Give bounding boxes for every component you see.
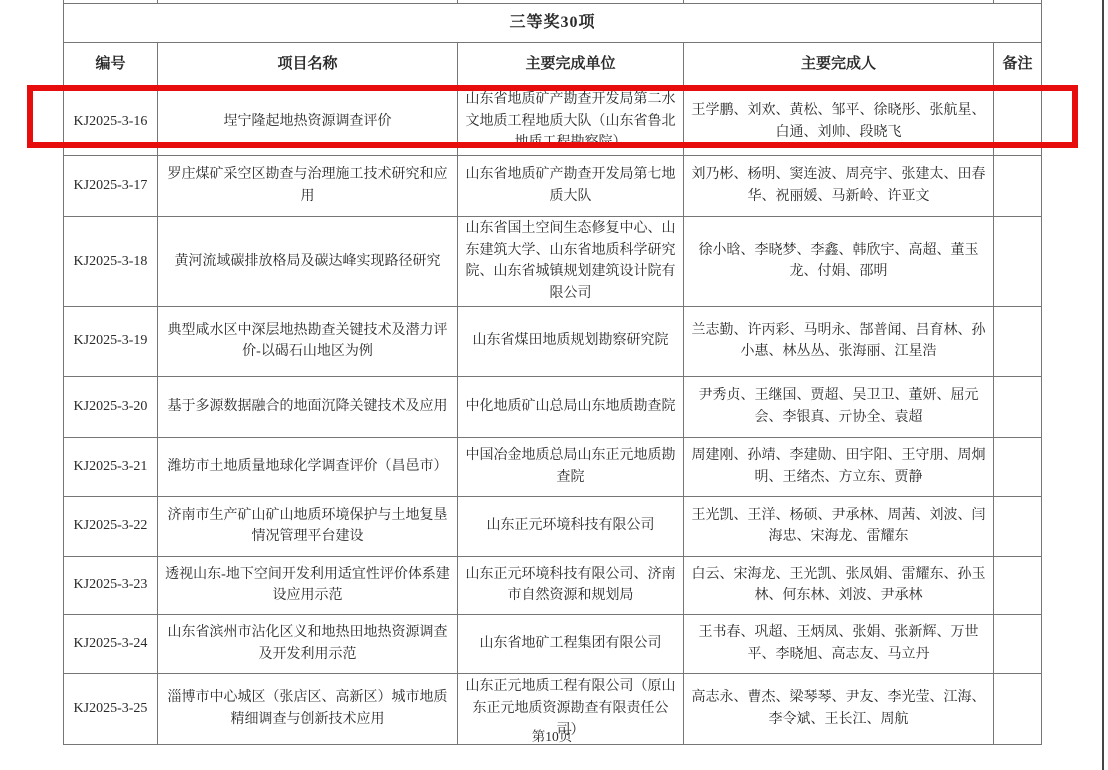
cell-main-people: 徐小晗、李晓梦、李鑫、韩欣宇、高超、董玉龙、付娟、邵明: [684, 217, 994, 307]
cell-main-people: 白云、宋海龙、王光凯、张凤娟、雷耀东、孙玉林、何东林、刘波、尹承林: [684, 556, 994, 614]
page-number: 第10页: [63, 725, 1041, 745]
table-header-row: 编号 项目名称 主要完成单位 主要完成人 备注: [64, 43, 1042, 88]
column-header-main-org: 主要完成单位: [458, 43, 684, 88]
cell-project-id: KJ2025-3-24: [64, 614, 158, 673]
section-banner-row: 三等奖30项: [64, 4, 1042, 43]
cell-main-people: 王光凯、王洋、杨硕、尹承林、周茜、刘波、闫海忠、宋海龙、雷耀东: [684, 496, 994, 556]
cell-project-id: KJ2025-3-16: [64, 88, 158, 156]
cell-note: [994, 88, 1042, 156]
table-row: KJ2025-3-22 济南市生产矿山矿山地质环境保护与土地复垦情况管理平台建设…: [64, 496, 1042, 556]
cell-project-name: 黄河流域碳排放格局及碳达峰实现路径研究: [158, 217, 458, 307]
cell-main-org: 山东省地质矿产勘查开发局第二水文地质工程地质大队（山东省鲁北地质工程勘察院）: [458, 88, 684, 156]
column-header-id: 编号: [64, 43, 158, 88]
cell-project-id: KJ2025-3-23: [64, 556, 158, 614]
cell-project-id: KJ2025-3-19: [64, 306, 158, 376]
cell-note: [994, 376, 1042, 437]
column-header-project-name: 项目名称: [158, 43, 458, 88]
cell-project-id: KJ2025-3-20: [64, 376, 158, 437]
column-header-main-people: 主要完成人: [684, 43, 994, 88]
cell-main-org: 山东省国土空间生态修复中心、山东建筑大学、山东省地质科学研究院、山东省城镇规划建…: [458, 217, 684, 307]
cell-main-people: 王书春、巩超、王炳凤、张娟、张新辉、万世平、李晓旭、高志友、马立丹: [684, 614, 994, 673]
cell-main-org: 山东正元环境科技有限公司、济南市自然资源和规划局: [458, 556, 684, 614]
cell-main-org: 山东省地矿工程集团有限公司: [458, 614, 684, 673]
table-row: KJ2025-3-21 潍坊市土地质量地球化学调查评价（昌邑市） 中国冶金地质总…: [64, 437, 1042, 496]
cell-project-id: KJ2025-3-21: [64, 437, 158, 496]
cell-main-people: 周建刚、孙靖、李建勋、田宇阳、王守朋、周炯明、王绪杰、方立东、贾静: [684, 437, 994, 496]
cell-project-id: KJ2025-3-22: [64, 496, 158, 556]
award-table-wrap: 三等奖30项 编号 项目名称 主要完成单位 主要完成人 备注 KJ2025-3-…: [63, 0, 1041, 745]
scanned-document-page: 三等奖30项 编号 项目名称 主要完成单位 主要完成人 备注 KJ2025-3-…: [0, 0, 1108, 770]
cell-note: [994, 496, 1042, 556]
cell-main-org: 中化地质矿山总局山东地质勘查院: [458, 376, 684, 437]
table-row-highlighted: KJ2025-3-16 埕宁隆起地热资源调查评价 山东省地质矿产勘查开发局第二水…: [64, 88, 1042, 156]
cell-main-org: 山东省煤田地质规划勘察研究院: [458, 306, 684, 376]
table-row: KJ2025-3-18 黄河流域碳排放格局及碳达峰实现路径研究 山东省国土空间生…: [64, 217, 1042, 307]
cell-project-name: 济南市生产矿山矿山地质环境保护与土地复垦情况管理平台建设: [158, 496, 458, 556]
cell-project-name: 埕宁隆起地热资源调查评价: [158, 88, 458, 156]
cell-main-people: 兰志勤、许丙彩、马明永、郜普闻、吕育林、孙小惠、林丛丛、张海丽、江星浩: [684, 306, 994, 376]
table-row: KJ2025-3-19 典型咸水区中深层地热勘查关键技术及潜力评价-以碣石山地区…: [64, 306, 1042, 376]
cell-project-id: KJ2025-3-18: [64, 217, 158, 307]
award-table: 三等奖30项 编号 项目名称 主要完成单位 主要完成人 备注 KJ2025-3-…: [63, 0, 1042, 745]
cell-project-name: 基于多源数据融合的地面沉降关键技术及应用: [158, 376, 458, 437]
cell-project-name: 罗庄煤矿采空区勘查与治理施工技术研究和应用: [158, 156, 458, 217]
section-title: 三等奖30项: [64, 4, 1042, 43]
cell-main-org: 山东正元环境科技有限公司: [458, 496, 684, 556]
cell-note: [994, 306, 1042, 376]
cell-main-org: 中国冶金地质总局山东正元地质勘查院: [458, 437, 684, 496]
scan-right-edge-line: [1102, 0, 1104, 770]
cell-note: [994, 217, 1042, 307]
cell-main-people: 王学鹏、刘欢、黄松、邹平、徐晓彤、张航星、白通、刘帅、段晓飞: [684, 88, 994, 156]
cell-note: [994, 614, 1042, 673]
cell-note: [994, 437, 1042, 496]
table-row: KJ2025-3-24 山东省滨州市沾化区义和地热田地热资源调查及开发利用示范 …: [64, 614, 1042, 673]
cell-main-people: 刘乃彬、杨明、窦连波、周亮宇、张建太、田春华、祝丽媛、马新岭、许亚文: [684, 156, 994, 217]
cell-project-name: 山东省滨州市沾化区义和地热田地热资源调查及开发利用示范: [158, 614, 458, 673]
table-row: KJ2025-3-20 基于多源数据融合的地面沉降关键技术及应用 中化地质矿山总…: [64, 376, 1042, 437]
cell-note: [994, 556, 1042, 614]
cell-project-id: KJ2025-3-17: [64, 156, 158, 217]
cell-project-name: 潍坊市土地质量地球化学调查评价（昌邑市）: [158, 437, 458, 496]
table-row: KJ2025-3-17 罗庄煤矿采空区勘查与治理施工技术研究和应用 山东省地质矿…: [64, 156, 1042, 217]
cell-main-org: 山东省地质矿产勘查开发局第七地质大队: [458, 156, 684, 217]
cell-main-people: 尹秀贞、王继国、贾超、吴卫卫、董妍、屈元会、李银真、亓协全、袁超: [684, 376, 994, 437]
cell-project-name: 典型咸水区中深层地热勘查关键技术及潜力评价-以碣石山地区为例: [158, 306, 458, 376]
table-row: KJ2025-3-23 透视山东-地下空间开发利用适宜性评价体系建设应用示范 山…: [64, 556, 1042, 614]
cell-project-name: 透视山东-地下空间开发利用适宜性评价体系建设应用示范: [158, 556, 458, 614]
cell-note: [994, 156, 1042, 217]
column-header-note: 备注: [994, 43, 1042, 88]
